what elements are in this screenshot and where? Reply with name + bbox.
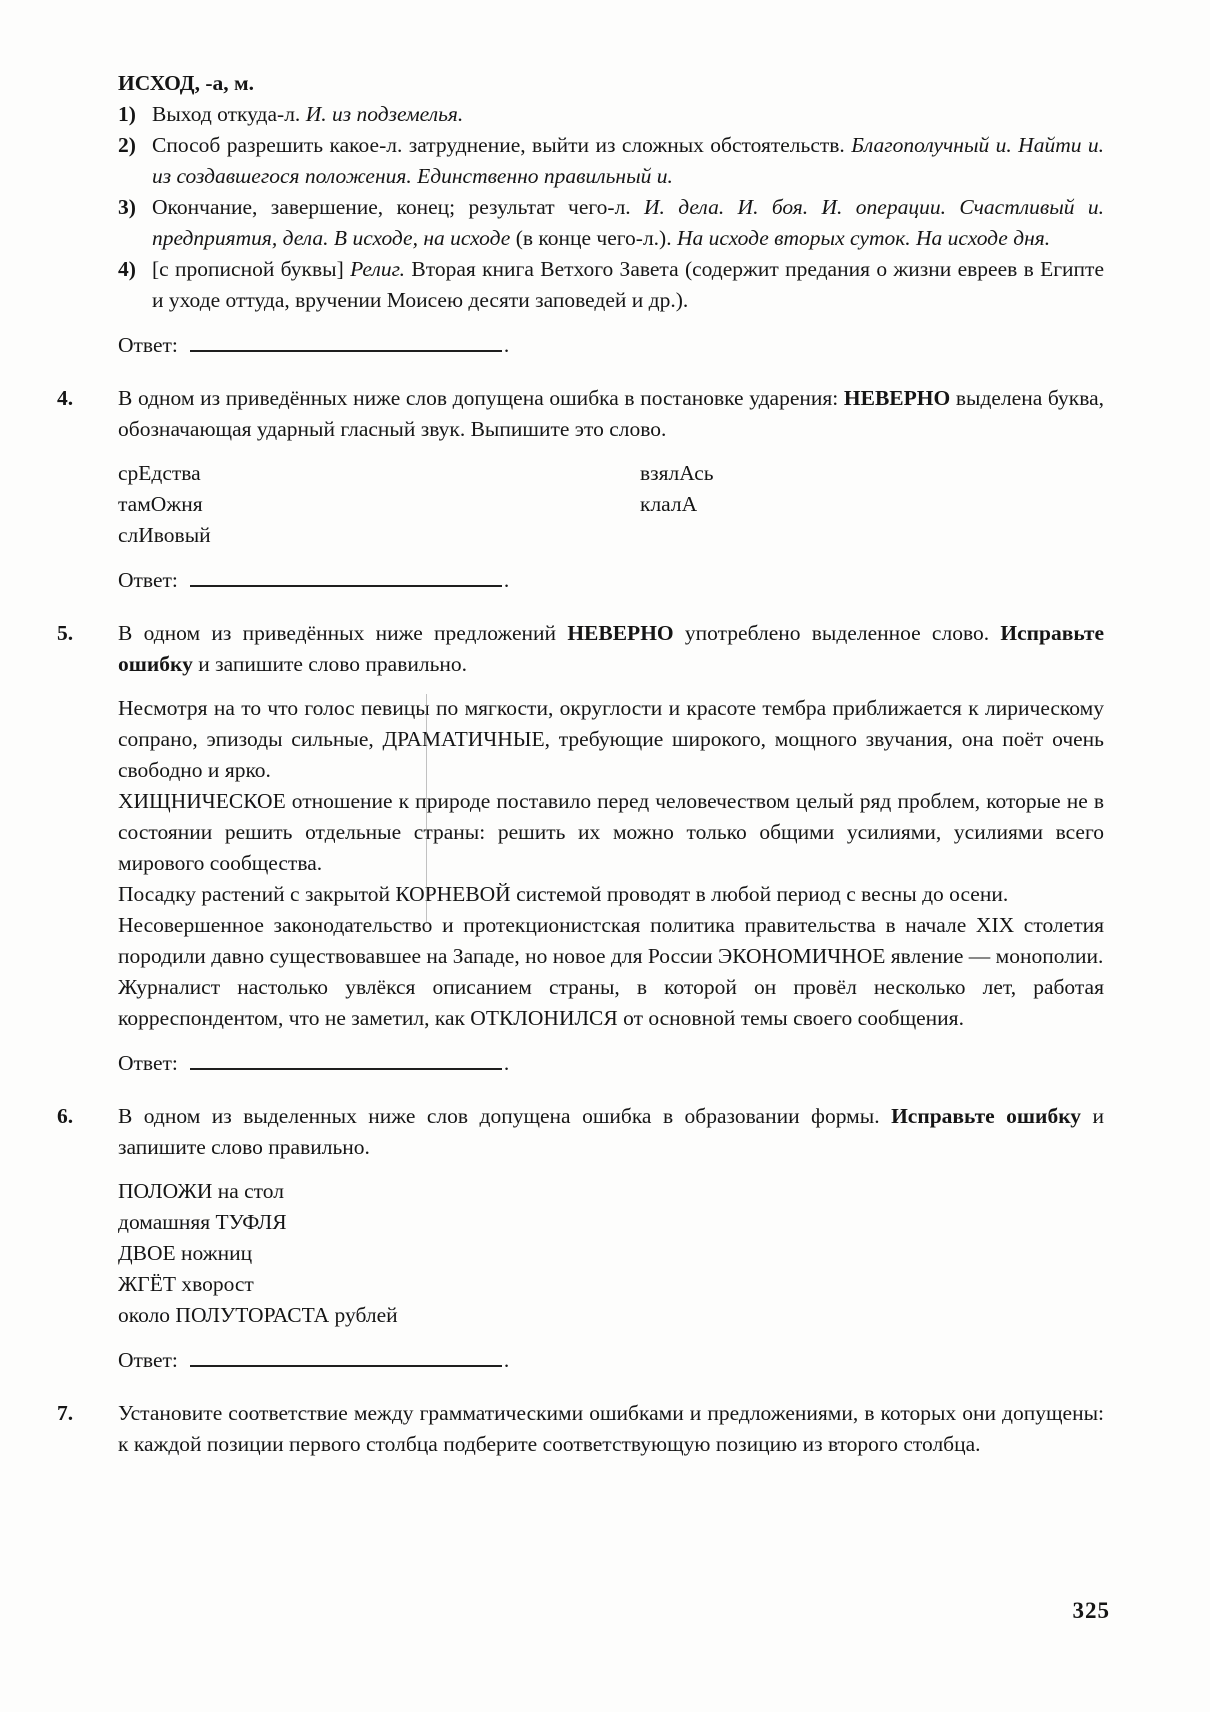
definition-text: [с прописной буквы] Религ. Вторая книга … bbox=[152, 254, 1104, 316]
sentence: ХИЩНИЧЕСКОЕ отношение к природе поставил… bbox=[118, 786, 1104, 879]
stress-word: слИвовый bbox=[118, 520, 640, 551]
answer-blank-line bbox=[190, 329, 502, 352]
dictionary-entry: ИСХОД, -а, м. 1) Выход откуда-л. И. из п… bbox=[118, 68, 1104, 361]
task-number: 7. bbox=[57, 1398, 73, 1429]
document-page: ИСХОД, -а, м. 1) Выход откуда-л. И. из п… bbox=[0, 0, 1210, 1712]
form-option: около ПОЛУТОРАСТА рублей bbox=[118, 1300, 1104, 1331]
definition-text: Окончание, завершение, конец; результат … bbox=[152, 192, 1104, 254]
definition-item: 4) [с прописной буквы] Религ. Вторая кни… bbox=[118, 254, 1104, 316]
form-option: домашняя ТУФЛЯ bbox=[118, 1207, 1104, 1238]
answer-period: . bbox=[504, 1348, 509, 1372]
sentence: Посадку растений с закрытой КОРНЕВОЙ сис… bbox=[118, 879, 1104, 910]
definition-item: 1) Выход откуда-л. И. из подземелья. bbox=[118, 99, 1104, 130]
answer-blank-line bbox=[190, 1047, 502, 1070]
definition-number: 3) bbox=[118, 192, 152, 254]
answer-row: Ответ:. bbox=[118, 1047, 1104, 1079]
stress-words-left-column: срЕдства тамОжня слИвовый bbox=[118, 458, 640, 551]
sentence: Несмотря на то что голос певицы по мягко… bbox=[118, 693, 1104, 786]
answer-label: Ответ: bbox=[118, 1051, 178, 1075]
task-number: 6. bbox=[57, 1101, 73, 1132]
form-options-list: ПОЛОЖИ на стол домашняя ТУФЛЯ ДВОЕ ножни… bbox=[118, 1176, 1104, 1331]
task-intro: В одном из выделенных ниже слов допущена… bbox=[118, 1101, 1104, 1163]
definition-item: 2) Способ разрешить какое-л. затруднение… bbox=[118, 130, 1104, 192]
definition-number: 2) bbox=[118, 130, 152, 192]
stress-word: взялАсь bbox=[640, 458, 1104, 489]
stress-word: срЕдства bbox=[118, 458, 640, 489]
task-4: 4. В одном из приведённых ниже слов допу… bbox=[118, 383, 1104, 596]
answer-blank-line bbox=[190, 564, 502, 587]
stress-words-right-column: взялАсь клалА bbox=[640, 458, 1104, 551]
definition-text: Способ разрешить какое-л. затруднение, в… bbox=[152, 130, 1104, 192]
task-number: 4. bbox=[57, 383, 73, 414]
page-number: 325 bbox=[1073, 1595, 1111, 1626]
dictionary-headword: ИСХОД, -а, м. bbox=[118, 68, 1104, 99]
task-intro: Установите соответствие между грамматиче… bbox=[118, 1398, 1104, 1460]
task-number: 5. bbox=[57, 618, 73, 649]
sentence-list: Несмотря на то что голос певицы по мягко… bbox=[118, 693, 1104, 1034]
form-option: ДВОЕ ножниц bbox=[118, 1238, 1104, 1269]
answer-blank-line bbox=[190, 1344, 502, 1367]
answer-label: Ответ: bbox=[118, 1348, 178, 1372]
definition-item: 3) Окончание, завершение, конец; результ… bbox=[118, 192, 1104, 254]
answer-row: Ответ:. bbox=[118, 329, 1104, 361]
answer-label: Ответ: bbox=[118, 333, 178, 357]
answer-period: . bbox=[504, 1051, 509, 1075]
sentence: Журналист настолько увлёкся описанием ст… bbox=[118, 972, 1104, 1034]
definition-number: 1) bbox=[118, 99, 152, 130]
task-intro: В одном из приведённых ниже слов допущен… bbox=[118, 383, 1104, 445]
stress-word: тамОжня bbox=[118, 489, 640, 520]
task-6: 6. В одном из выделенных ниже слов допущ… bbox=[118, 1101, 1104, 1376]
answer-period: . bbox=[504, 568, 509, 592]
answer-row: Ответ:. bbox=[118, 1344, 1104, 1376]
scan-artifact-line bbox=[426, 694, 427, 922]
sentence: Несовершенное законодательство и протекц… bbox=[118, 910, 1104, 972]
form-option: ЖГЁТ хворост bbox=[118, 1269, 1104, 1300]
task-intro: В одном из приведённых ниже предложений … bbox=[118, 618, 1104, 680]
answer-period: . bbox=[504, 333, 509, 357]
stress-word: клалА bbox=[640, 489, 1104, 520]
definition-number: 4) bbox=[118, 254, 152, 316]
stress-words-list: срЕдства тамОжня слИвовый взялАсь клалА bbox=[118, 458, 1104, 551]
definition-text: Выход откуда-л. И. из подземелья. bbox=[152, 99, 1104, 130]
answer-row: Ответ:. bbox=[118, 564, 1104, 596]
form-option: ПОЛОЖИ на стол bbox=[118, 1176, 1104, 1207]
task-5: 5. В одном из приведённых ниже предложен… bbox=[118, 618, 1104, 1079]
answer-label: Ответ: bbox=[118, 568, 178, 592]
task-7: 7. Установите соответствие между граммат… bbox=[118, 1398, 1104, 1460]
